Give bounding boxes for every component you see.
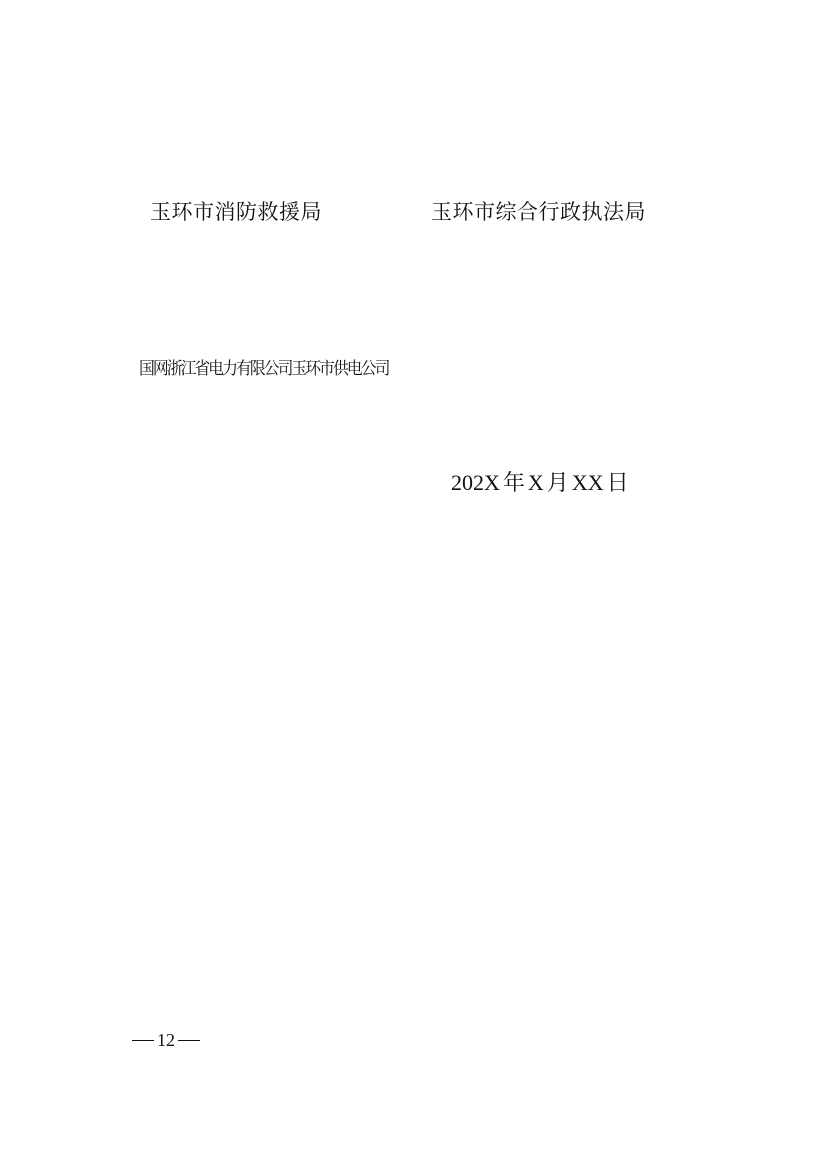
date-day: XX: [572, 470, 604, 495]
signatory-fire-rescue-bureau: 玉环市消防救援局: [150, 196, 322, 226]
date-year: 202X: [451, 470, 500, 495]
document-date: 202X年X月XX日: [451, 466, 632, 497]
page-number: 12: [129, 1030, 203, 1051]
date-month: X: [528, 470, 544, 495]
document-page: 玉环市消防救援局 玉环市综合行政执法局 国网浙江省电力有限公司玉环市供电公司 2…: [0, 0, 827, 1170]
page-number-dash-left: [132, 1040, 154, 1041]
date-month-char: 月: [547, 471, 569, 496]
page-number-value: 12: [157, 1030, 175, 1050]
signatory-law-enforcement-bureau: 玉环市综合行政执法局: [431, 196, 646, 226]
date-year-char: 年: [503, 471, 525, 496]
date-day-char: 日: [607, 471, 629, 496]
signatory-power-supply-company: 国网浙江省电力有限公司玉环市供电公司: [139, 354, 388, 379]
page-number-dash-right: [178, 1040, 200, 1041]
